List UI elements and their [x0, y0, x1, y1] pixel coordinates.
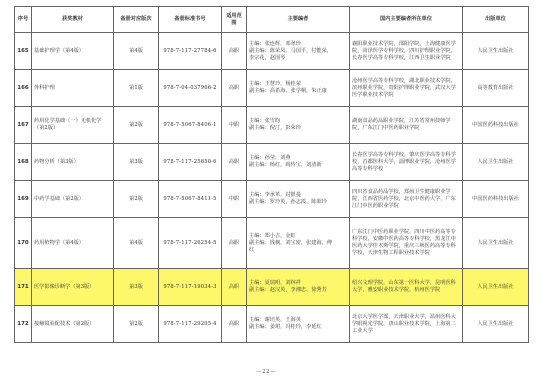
- editors-deputy: 副主编：高希海，张学桐，朱正康: [249, 88, 347, 95]
- row-scope: 高职: [222, 144, 247, 181]
- row-no: 171: [15, 269, 32, 306]
- table-row: 170 药用植物学（第4版） 第4版 978-7-117-26254-5 高职 …: [15, 218, 529, 269]
- row-no: 165: [15, 33, 32, 70]
- row-edition: 第3版: [114, 269, 159, 306]
- header-units: 国内主要编者所在单位: [350, 7, 463, 33]
- page-number: —22—: [256, 369, 276, 375]
- header-title: 获奖教材: [32, 7, 114, 33]
- row-publisher: 人民卫生出版社: [463, 144, 529, 181]
- row-units: 襄阳职业技术学院，邵阳学院，上海健康医学院，菏泽医学专科学校，四川护理职业学院，…: [350, 33, 463, 70]
- row-scope: 高职: [222, 218, 247, 269]
- row-no: 172: [15, 306, 32, 343]
- editors-deputy: 副主编：赵汉英，李湘忠，徐秀芳: [249, 287, 347, 294]
- row-editors: 主编：李承革，封银曼 副主编：罗玲英，孙志霞，陈昭玲: [247, 181, 350, 218]
- row-isbn: 978-7-117-25650-6: [159, 144, 222, 181]
- editors-deputy: 副主编：姜珺，冯桂玲，李延红: [249, 324, 347, 331]
- table-row: 166 外科护理 第1版 978-7-04-037966-2 高职 主编：王慧玲…: [15, 70, 529, 107]
- row-title: 药用植物学（第4版）: [32, 218, 114, 269]
- row-scope: 高职: [222, 33, 247, 70]
- row-scope: 高职: [222, 70, 247, 107]
- header-editors: 主要编者: [247, 7, 350, 33]
- row-scope: 高职: [222, 306, 247, 343]
- row-edition: 第4版: [114, 218, 159, 269]
- units-text: 广东江门中医药职业学院，四川中医药高等专科学校，安徽中医药高等专科学校，黑龙江中…: [352, 229, 460, 257]
- units-text: 四川省食品药品学校，郑州卫生健康职业学院，江西省医药学校，北京中医药大学，广东江…: [352, 189, 460, 210]
- row-units: 广东江门中医药职业学院，四川中医药高等专科学校，安徽中医药高等专科学校，黑龙江中…: [350, 218, 463, 269]
- header-edition: 备册对应版次: [114, 7, 159, 33]
- row-edition: 第1版: [114, 70, 159, 107]
- row-publisher: 人民卫生出版社: [463, 269, 529, 306]
- editors-main: 主编：李承革，封银曼: [249, 192, 347, 199]
- row-isbn: 978-7-5067-8406-1: [159, 107, 222, 144]
- row-units: 绍兴文理学院，山东第一医科大学，昆明医科大学，雅安职业技术学院，杭州医学院: [350, 269, 463, 306]
- row-edition: 第2版: [114, 306, 159, 343]
- row-no: 168: [15, 144, 32, 181]
- row-edition: 第3版: [114, 144, 159, 181]
- units-text: 沧州医学高等专科学校，湖北职业技术学院，滨州职业学院，贵阳护理职业学院，武汉大学…: [352, 78, 460, 99]
- units-text: 襄阳职业技术学院，邵阳学院，上海健康医学院，菏泽医学专科学校，四川护理职业学院，…: [352, 41, 460, 62]
- editors-deputy: 副主编：陈荣凤，马国平，付能荣，: [249, 48, 347, 55]
- row-publisher: 人民卫生出版社: [463, 33, 529, 70]
- table-row: 169 中药学基础（第2版） 第2版 978-7-5067-8411-5 中职 …: [15, 181, 529, 218]
- row-no: 166: [15, 70, 32, 107]
- header-scope: 适用范围: [222, 7, 247, 33]
- row-no: 170: [15, 218, 32, 269]
- row-units: 沧州医学高等专科学校，湖北职业技术学院，滨州职业学院，贵阳护理职业学院，武汉大学…: [350, 70, 463, 107]
- row-isbn: 978-7-117-26254-5: [159, 218, 222, 269]
- row-publisher: 人民卫生出版社: [463, 306, 529, 343]
- units-text: 湖南食品药品职业学院，江苏省常州技师学院，广东江门中医药职业学院: [352, 118, 460, 132]
- row-units: 湖南食品药品职业学院，江苏省常州技师学院，广东江门中医药职业学院: [350, 107, 463, 144]
- editors-deputy: 副主编：倪汀，彭荣珍: [249, 125, 347, 132]
- row-title: 基础护理学（第4版）: [32, 33, 114, 70]
- row-editors: 主编：王慧玲，杨桂荣 副主编：高希海，张学桐，朱正康: [247, 70, 350, 107]
- table-row: 168 药物分析（第3版） 第3版 978-7-117-25650-6 高职 主…: [15, 144, 529, 181]
- table-row: 172 接触镜验配技术（第2版） 第2版 978-7-117-29205-4 高…: [15, 306, 529, 343]
- row-isbn: 978-7-117-29205-4: [159, 306, 222, 343]
- editors-main: 主编：张连辉，邓翠珍: [249, 41, 347, 48]
- header-isbn: 备册标准书号: [159, 7, 222, 33]
- editors-main: 主编：孙莹，刘燕: [249, 155, 347, 162]
- editors-deputy: 副主编：钱枫，刘宝密，张建海，傅: [249, 240, 347, 247]
- table-row-highlighted: 171 医学影像诊断学（第3版） 第3版 978-7-117-19034-3 高…: [15, 269, 529, 306]
- editors-deputy-cont: 红: [249, 247, 347, 254]
- row-editors: 主编：张雪昀 副主编：倪汀，彭荣珍: [247, 107, 350, 144]
- row-no: 167: [15, 107, 32, 144]
- units-text: 长春医学高等专科学校，肇庆医学高等专科学校，首都医科大学，淄博职业学院，沧州医学…: [352, 152, 460, 173]
- row-editors: 主编：郑小吉，金虹 副主编：钱枫，刘宝密，张建海，傅 红: [247, 218, 350, 269]
- row-publisher: 中国医药科技出版社: [463, 181, 529, 218]
- row-isbn: 978-7-5067-8411-5: [159, 181, 222, 218]
- row-title: 药用化学基础（一）无机化学（第2版）: [32, 107, 114, 144]
- row-editors: 主编：谢培英，王海英 副主编：姜珺，冯桂玲，李延红: [247, 306, 350, 343]
- row-scope: 中职: [222, 107, 247, 144]
- row-scope: 高职: [222, 269, 247, 306]
- document-page: 序号 获奖教材 备册对应版次 备册标准书号 适用范围 主要编者 国内主要编者所在…: [0, 0, 548, 385]
- row-title: 外科护理: [32, 70, 114, 107]
- row-title: 医学影像诊断学（第3版）: [32, 269, 114, 306]
- editors-deputy-cont: 李宗花，赵国琴: [249, 55, 347, 62]
- row-edition: 第2版: [114, 107, 159, 144]
- row-isbn: 978-7-117-27784-6: [159, 33, 222, 70]
- row-editors: 主编：夏瑞明，刘林祥 副主编：赵汉英，李湘忠，徐秀芳: [247, 269, 350, 306]
- row-publisher: 人民卫生出版社: [463, 218, 529, 269]
- header-publisher: 出版单位: [463, 7, 529, 33]
- editors-main: 主编：张雪昀: [249, 118, 347, 125]
- editors-main: 主编：夏瑞明，刘林祥: [249, 280, 347, 287]
- editors-main: 主编：郑小吉，金虹: [249, 233, 347, 240]
- editors-deputy: 副主编：罗玲英，孙志霞，陈昭玲: [249, 199, 347, 206]
- row-editors: 主编：孙莹，刘燕 副主编：杨红，阎传宝，刘清新: [247, 144, 350, 181]
- units-text: 北京大学医学部，天津职业大学，温州医科大学眼视光学院，唐山职业技术学院，上海第二…: [352, 314, 460, 335]
- row-editors: 主编：张连辉，邓翠珍 副主编：陈荣凤，马国平，付能荣， 李宗花，赵国琴: [247, 33, 350, 70]
- row-scope: 中职: [222, 181, 247, 218]
- row-units: 长春医学高等专科学校，肇庆医学高等专科学校，首都医科大学，淄博职业学院，沧州医学…: [350, 144, 463, 181]
- header-no: 序号: [15, 7, 32, 33]
- editors-deputy: 副主编：杨红，阎传宝，刘清新: [249, 162, 347, 169]
- awarded-textbooks-table: 序号 获奖教材 备册对应版次 备册标准书号 适用范围 主要编者 国内主要编者所在…: [14, 6, 529, 343]
- row-publisher: 中国医药科技出版社: [463, 107, 529, 144]
- row-edition: 第2版: [114, 181, 159, 218]
- row-title: 药物分析（第3版）: [32, 144, 114, 181]
- table-row: 165 基础护理学（第4版） 第4版 978-7-117-27784-6 高职 …: [15, 33, 529, 70]
- row-isbn: 978-7-04-037966-2: [159, 70, 222, 107]
- editors-main: 主编：王慧玲，杨桂荣: [249, 81, 347, 88]
- units-text: 绍兴文理学院，山东第一医科大学，昆明医科大学，雅安职业技术学院，杭州医学院: [352, 280, 460, 294]
- row-no: 169: [15, 181, 32, 218]
- row-edition: 第4版: [114, 33, 159, 70]
- row-isbn: 978-7-117-19034-3: [159, 269, 222, 306]
- row-units: 北京大学医学部，天津职业大学，温州医科大学眼视光学院，唐山职业技术学院，上海第二…: [350, 306, 463, 343]
- row-units: 四川省食品药品学校，郑州卫生健康职业学院，江西省医药学校，北京中医药大学，广东江…: [350, 181, 463, 218]
- table-header-row: 序号 获奖教材 备册对应版次 备册标准书号 适用范围 主要编者 国内主要编者所在…: [15, 7, 529, 33]
- row-publisher: 高等教育出版社: [463, 70, 529, 107]
- row-title: 中药学基础（第2版）: [32, 181, 114, 218]
- table-row: 167 药用化学基础（一）无机化学（第2版） 第2版 978-7-5067-84…: [15, 107, 529, 144]
- row-title: 接触镜验配技术（第2版）: [32, 306, 114, 343]
- editors-main: 主编：谢培英，王海英: [249, 317, 347, 324]
